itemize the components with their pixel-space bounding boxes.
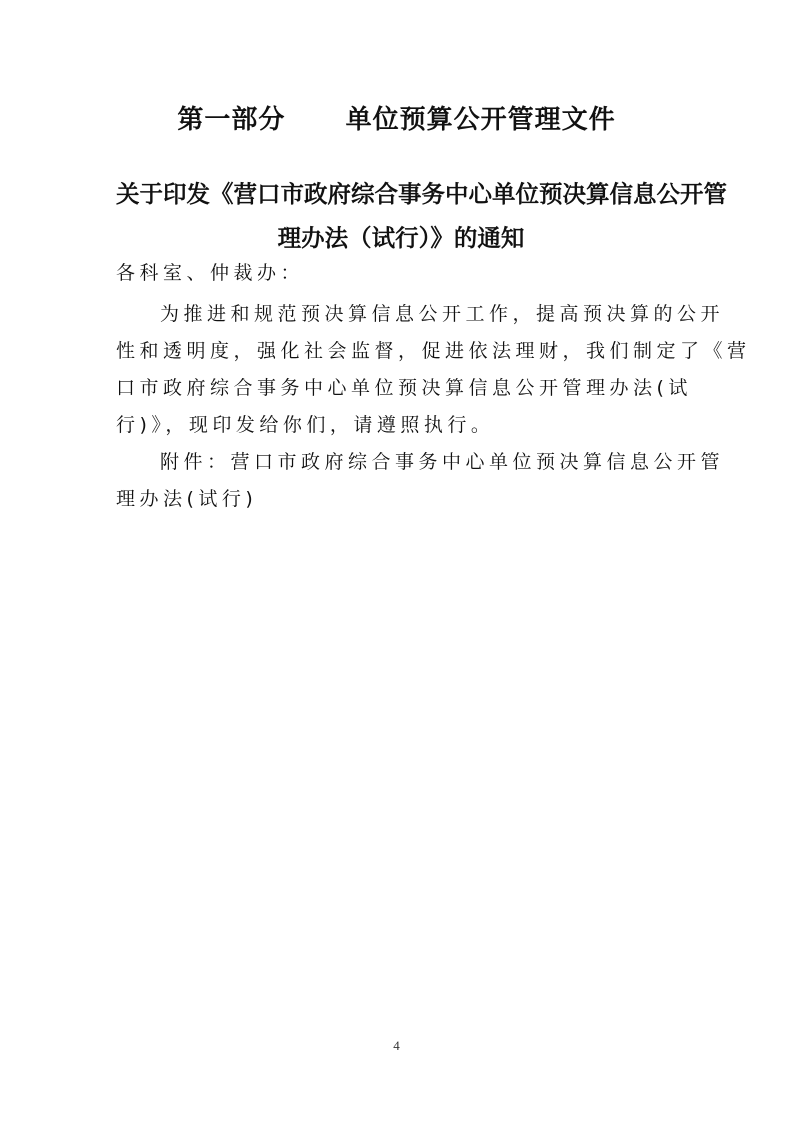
- paragraph-line: 为推进和规范预决算信息公开工作，提高预决算的公开: [116, 296, 676, 333]
- salutation: 各科室、仲裁办：: [116, 255, 676, 292]
- paragraph-line: 行)》，现印发给你们，请遵照执行。: [116, 407, 676, 444]
- paragraph-line: 性和透明度，强化社会监督，促进依法理财，我们制定了《营: [116, 333, 676, 370]
- notice-title-line-1: 关于印发《营口市政府综合事务中心单位预决算信息公开管: [116, 172, 686, 216]
- body-paragraph: 为推进和规范预决算信息公开工作，提高预决算的公开 性和透明度，强化社会监督，促进…: [116, 296, 676, 444]
- part-title: 第一部分 单位预算公开管理文件: [0, 102, 793, 138]
- page-number: 4: [0, 1038, 793, 1054]
- paragraph-line: 口市政府综合事务中心单位预决算信息公开管理办法(试: [116, 370, 676, 407]
- document-page: 第一部分 单位预算公开管理文件 关于印发《营口市政府综合事务中心单位预决算信息公…: [0, 0, 793, 1122]
- attachment-line: 附件：营口市政府综合事务中心单位预决算信息公开管: [116, 444, 676, 481]
- notice-title-line-2: 理办法（试行）》的通知: [116, 216, 686, 260]
- attachment-line: 理办法(试行): [116, 481, 676, 518]
- attachment-note: 附件：营口市政府综合事务中心单位预决算信息公开管 理办法(试行): [116, 444, 676, 518]
- notice-title: 关于印发《营口市政府综合事务中心单位预决算信息公开管 理办法（试行）》的通知: [116, 172, 686, 260]
